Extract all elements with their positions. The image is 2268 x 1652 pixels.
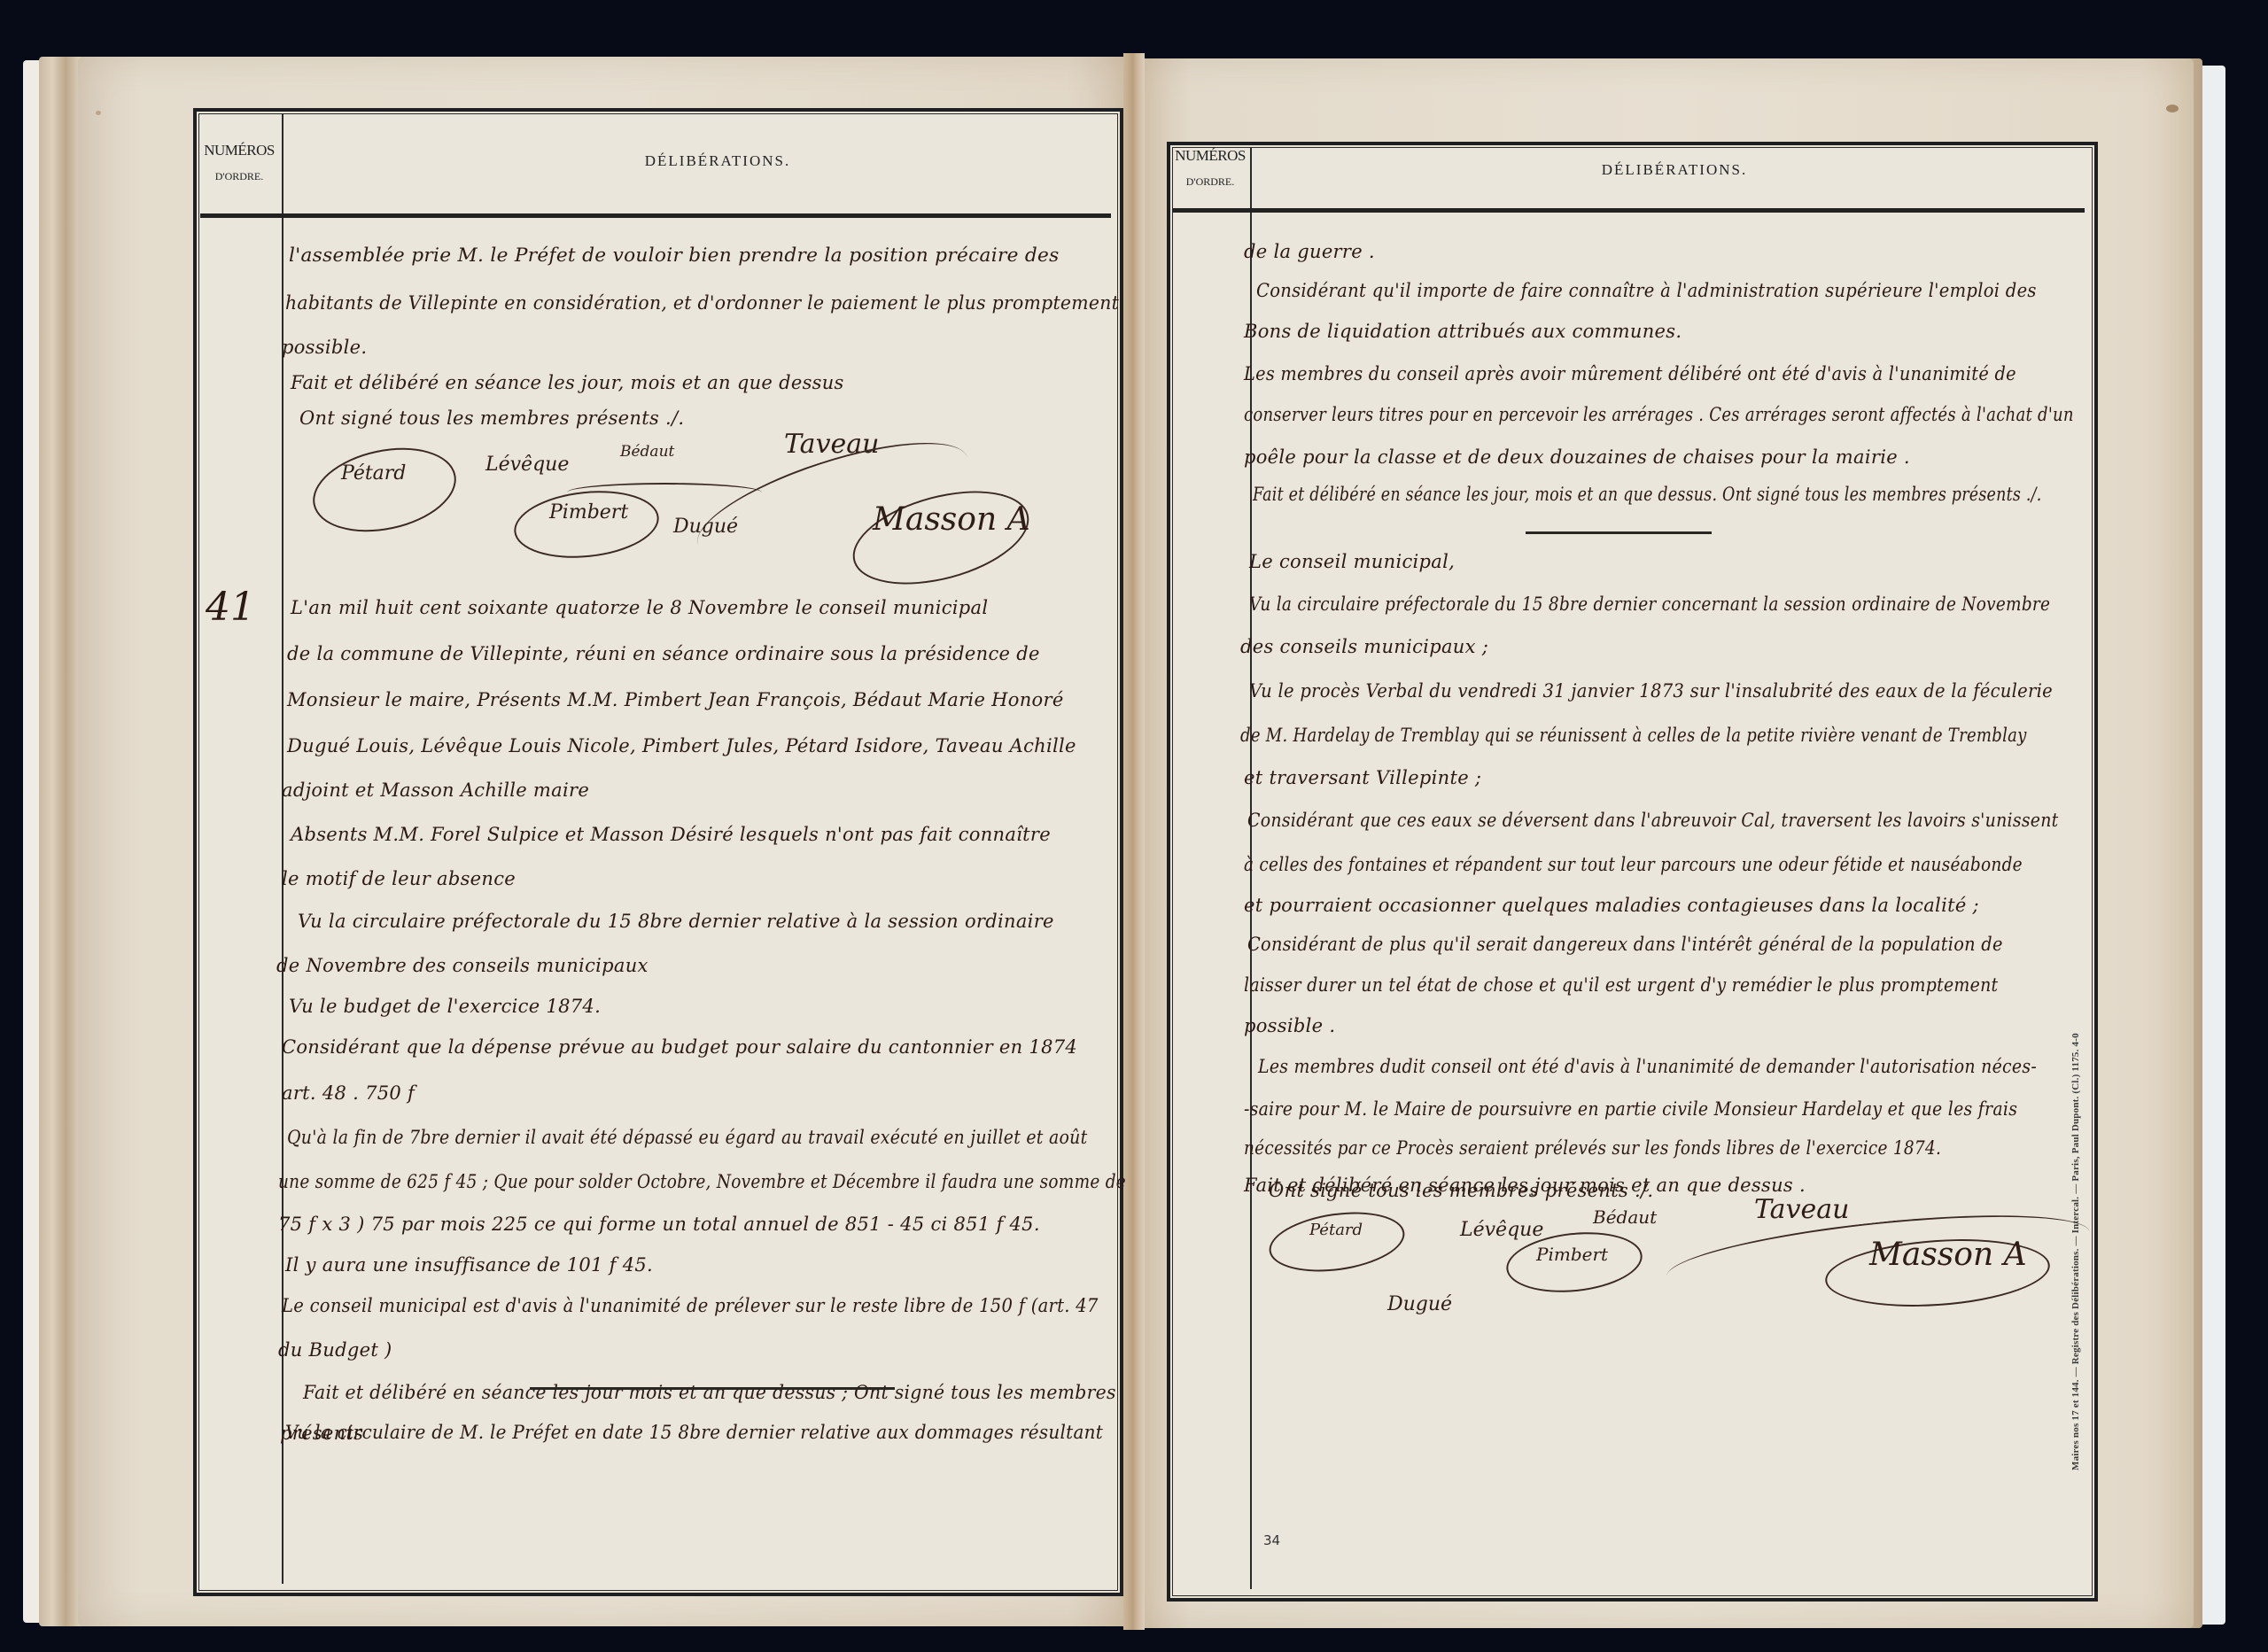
handwritten-line: de Novembre des conseils municipaux xyxy=(276,955,649,976)
printer-imprint: Maires nos 17 et 144. — Registre des Dél… xyxy=(2070,1033,2081,1470)
signature: Dugué xyxy=(673,516,738,538)
entry-number: 41 xyxy=(206,585,255,630)
entry-separator-line xyxy=(1526,531,1712,534)
right-header-deliberations: DÉLIBÉRATIONS. xyxy=(1453,161,1896,179)
handwritten-line: adjoint et Masson Achille maire xyxy=(282,779,589,801)
handwritten-line: Considérant que la dépense prévue au bud… xyxy=(282,1036,1077,1058)
handwritten-line: 75 f x 3 ) 75 par mois 225 ce qui forme … xyxy=(278,1214,1040,1235)
left-header-rule xyxy=(200,213,1111,218)
signature: Pimbert xyxy=(1536,1244,1608,1265)
right-header-numeros-dordre: NUMÉROS D'ORDRE. xyxy=(1172,147,1248,189)
handwritten-line: et pourraient occasionner quelques malad… xyxy=(1244,895,1979,916)
handwritten-line: Qu'à la fin de 7bre dernier il avait été… xyxy=(287,1127,1087,1148)
handwritten-line: de la guerre . xyxy=(1244,241,1375,262)
page-number: 34 xyxy=(1263,1532,1280,1548)
left-header-deliberations: DÉLIBÉRATIONS. xyxy=(496,152,939,170)
signature: Lévêque xyxy=(485,454,569,476)
handwritten-line: laisser durer un tel état de chose et qu… xyxy=(1244,974,1998,996)
handwritten-line: Fait et délibéré en séance les jour mois… xyxy=(303,1382,1116,1403)
signature: Lévêque xyxy=(1460,1219,1543,1241)
handwritten-line: l'assemblée prie M. le Préfet de vouloir… xyxy=(289,244,1060,266)
handwritten-line: L'an mil huit cent soixante quatorze le … xyxy=(291,597,988,618)
handwritten-line: Considérant de plus qu'il serait dangere… xyxy=(1247,934,2003,955)
entry-separator-line xyxy=(530,1387,895,1390)
handwritten-line: Il y aura une insuffisance de 101 f 45. xyxy=(285,1254,653,1276)
handwritten-line: Vu le procès Verbal du vendredi 31 janvi… xyxy=(1249,680,2053,702)
left-number-column-divider xyxy=(282,113,283,1584)
signature: Pétard xyxy=(341,462,406,485)
handwritten-line: Ont signé tous les membres présents ./. xyxy=(1269,1180,1653,1201)
handwritten-line: du Budget ) xyxy=(278,1339,392,1361)
handwritten-line: de la commune de Villepinte, réuni en sé… xyxy=(287,643,1040,664)
handwritten-line: Monsieur le maire, Présents M.M. Pimbert… xyxy=(287,689,1064,710)
paper-stain xyxy=(96,111,101,115)
signature: Dugué xyxy=(1387,1293,1452,1315)
handwritten-line: Vu la circulaire de M. le Préfet en date… xyxy=(285,1422,1103,1443)
handwritten-line: Fait et délibéré en séance les jour, moi… xyxy=(291,372,844,393)
handwritten-line: Les membres du conseil après avoir mûrem… xyxy=(1244,363,2016,384)
handwritten-line: Fait et délibéré en séance les jour, moi… xyxy=(1253,484,2042,505)
header-dordre: D'ORDRE. xyxy=(1172,175,1248,189)
left-header-numeros-dordre: NUMÉROS D'ORDRE. xyxy=(198,142,280,183)
handwritten-line: habitants de Villepinte en considération… xyxy=(285,292,1119,314)
handwritten-line: Absents M.M. Forel Sulpice et Masson Dés… xyxy=(291,824,1051,845)
handwritten-line: conserver leurs titres pour en percevoir… xyxy=(1244,404,2074,425)
handwritten-line: possible. xyxy=(282,337,367,358)
handwritten-line: Dugué Louis, Lévêque Louis Nicole, Pimbe… xyxy=(287,735,1076,756)
handwritten-line: Vu la circulaire préfectorale du 15 8bre… xyxy=(1249,593,2050,615)
handwritten-line: Vu le budget de l'exercice 1874. xyxy=(289,996,601,1017)
signature: Masson A xyxy=(1869,1237,2027,1273)
handwritten-line: Ont signé tous les membres présents ./. xyxy=(299,407,684,429)
handwritten-line: Considérant que ces eaux se déversent da… xyxy=(1247,810,2059,831)
right-header-rule xyxy=(1172,208,2085,213)
handwritten-line: art. 48 . 750 f xyxy=(282,1082,415,1104)
handwritten-line: le motif de leur absence xyxy=(282,868,516,889)
paper-stain xyxy=(2166,105,2179,112)
handwritten-line: de M. Hardelay de Tremblay qui se réunis… xyxy=(1240,725,2027,746)
handwritten-line: et traversant Villepinte ; xyxy=(1244,767,1481,788)
left-page-ruled-frame xyxy=(193,108,1123,1596)
signature: Bédaut xyxy=(620,443,674,461)
handwritten-line: Vu la circulaire préfectorale du 15 8bre… xyxy=(298,911,1054,932)
handwritten-line: nécessités par ce Procès seraient prélev… xyxy=(1244,1137,1941,1159)
handwritten-line: Bons de liquidation attribués aux commun… xyxy=(1244,321,1682,342)
handwritten-line: une somme de 625 f 45 ; Que pour solder … xyxy=(278,1171,1126,1192)
signature: Taveau xyxy=(1754,1194,1849,1225)
handwritten-line: Considérant qu'il importe de faire conna… xyxy=(1256,280,2037,301)
handwritten-line: Les membres dudit conseil ont été d'avis… xyxy=(1258,1056,2037,1077)
signature: Pimbert xyxy=(549,501,628,524)
handwritten-line: Le conseil municipal est d'avis à l'unan… xyxy=(282,1295,1099,1316)
signature: Masson A xyxy=(873,501,1030,538)
handwritten-line: des conseils municipaux ; xyxy=(1240,636,1488,657)
book-gutter xyxy=(1123,53,1145,1630)
signature: Pétard xyxy=(1309,1221,1363,1239)
header-numeros: NUMÉROS xyxy=(1172,147,1248,165)
handwritten-line: possible . xyxy=(1244,1015,1335,1036)
header-dordre: D'ORDRE. xyxy=(198,170,280,183)
handwritten-line: -saire pour M. le Maire de poursuivre en… xyxy=(1244,1098,2017,1120)
signature: Bédaut xyxy=(1593,1206,1657,1228)
header-numeros: NUMÉROS xyxy=(198,142,280,159)
handwritten-line: poêle pour la classe et de deux douzaine… xyxy=(1244,446,1910,468)
handwritten-line: à celles des fontaines et répandent sur … xyxy=(1244,854,2023,875)
handwritten-line: Le conseil municipal, xyxy=(1249,551,1455,572)
